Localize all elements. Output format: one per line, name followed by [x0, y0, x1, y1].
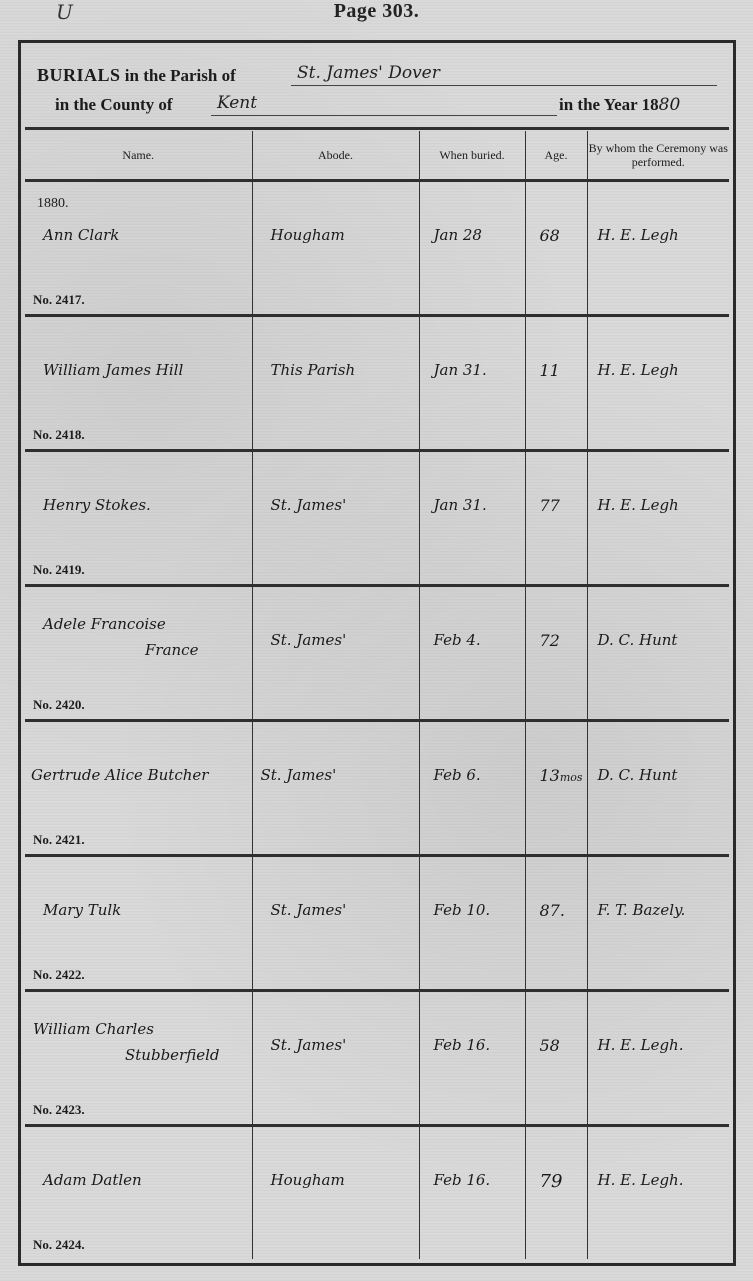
deceased-name: Adele Francoise: [43, 615, 166, 633]
burial-date: Jan 31.: [434, 496, 487, 514]
age-cell: 87.: [525, 856, 587, 991]
age-value: 79: [540, 1171, 563, 1192]
age-number: 13: [540, 766, 560, 785]
age-cell: 77: [525, 451, 587, 586]
date-cell: Jan 31.: [419, 451, 525, 586]
deceased-name: Adam Datlen: [43, 1171, 142, 1189]
burial-date: Jan 28: [434, 226, 482, 244]
officiant-cell: D. C. Hunt: [587, 586, 729, 721]
officiant-value: H. E. Legh.: [598, 1171, 684, 1189]
header-row: Name. Abode. When buried. Age. By whom t…: [25, 131, 729, 181]
table-row: Henry Stokes. No. 2419. St. James' Jan 3…: [25, 451, 729, 586]
entry-number: No. 2420.: [33, 697, 85, 713]
name-cell: 1880. Ann Clark No. 2417.: [25, 181, 252, 316]
table-row: Adele Francoise France No. 2420. St. Jam…: [25, 586, 729, 721]
officiant-value: D. C. Hunt: [598, 766, 678, 784]
burial-date: Feb 16.: [434, 1171, 491, 1189]
burials-heading: BURIALS: [37, 65, 121, 85]
entry-number: No. 2421.: [33, 832, 85, 848]
abode-cell: St. James': [252, 586, 419, 721]
table-row: William James Hill No. 2418. This Parish…: [25, 316, 729, 451]
deceased-name-line-2: France: [145, 641, 198, 659]
age-value: 58: [540, 1036, 560, 1055]
officiant-value: H. E. Legh.: [598, 1036, 684, 1054]
county-label: in the County of: [55, 95, 173, 115]
name-cell: William Charles Stubberfield No. 2423.: [25, 991, 252, 1126]
age-value: 87.: [540, 901, 565, 920]
burial-date: Feb 6.: [434, 766, 481, 784]
name-cell: Mary Tulk No. 2422.: [25, 856, 252, 991]
deceased-name: Henry Stokes.: [43, 496, 151, 514]
age-value: 11: [540, 361, 560, 380]
entry-number: No. 2419.: [33, 562, 85, 578]
deceased-name: Gertrude Alice Butcher: [31, 766, 208, 784]
abode-cell: This Parish: [252, 316, 419, 451]
abode-value: Hougham: [271, 1171, 345, 1189]
date-cell: Feb 6.: [419, 721, 525, 856]
abode-value: St. James': [271, 631, 347, 649]
abode-cell: St. James': [252, 721, 419, 856]
year-prefix: in the Year 18: [559, 95, 659, 114]
parish-field: St. James' Dover: [291, 63, 717, 86]
abode-value: St. James': [261, 766, 337, 784]
burial-date: Feb 4.: [434, 631, 481, 649]
name-cell: William James Hill No. 2418.: [25, 316, 252, 451]
entry-number: No. 2422.: [33, 967, 85, 983]
table-row: William Charles Stubberfield No. 2423. S…: [25, 991, 729, 1126]
officiant-value: H. E. Legh: [598, 226, 679, 244]
table-row: 1880. Ann Clark No. 2417. Hougham Jan 28…: [25, 181, 729, 316]
county-field: Kent: [211, 93, 557, 116]
page-number: Page 303.: [0, 0, 753, 23]
abode-cell: Hougham: [252, 181, 419, 316]
deceased-name-line-2: Stubberfield: [125, 1046, 220, 1064]
officiant-cell: F. T. Bazely.: [587, 856, 729, 991]
date-cell: Jan 31.: [419, 316, 525, 451]
column-header-abode: Abode.: [252, 131, 419, 181]
entry-number: No. 2423.: [33, 1102, 85, 1118]
register-year: 1880.: [37, 196, 69, 212]
column-header-age: Age.: [525, 131, 587, 181]
table-row: Mary Tulk No. 2422. St. James' Feb 10. 8…: [25, 856, 729, 991]
register-title: BURIALS in the Parish of St. James' Dove…: [21, 43, 733, 129]
abode-value: Hougham: [271, 226, 345, 244]
age-cell: 68: [525, 181, 587, 316]
officiant-cell: H. E. Legh: [587, 181, 729, 316]
burial-date: Jan 31.: [434, 361, 487, 379]
parish-label: in the Parish of: [121, 66, 236, 85]
entry-number: No. 2418.: [33, 427, 85, 443]
entry-number: No. 2417.: [33, 292, 85, 308]
date-cell: Jan 28: [419, 181, 525, 316]
column-header-when-buried: When buried.: [419, 131, 525, 181]
date-cell: Feb 16.: [419, 991, 525, 1126]
abode-cell: St. James': [252, 991, 419, 1126]
deceased-name: William James Hill: [43, 361, 183, 379]
date-cell: Feb 10.: [419, 856, 525, 991]
name-cell: Adam Datlen No. 2424.: [25, 1126, 252, 1260]
table-row: Adam Datlen No. 2424. Hougham Feb 16. 79…: [25, 1126, 729, 1260]
deceased-name: William Charles: [33, 1020, 154, 1038]
name-cell: Henry Stokes. No. 2419.: [25, 451, 252, 586]
date-cell: Feb 16.: [419, 1126, 525, 1260]
abode-cell: Hougham: [252, 1126, 419, 1260]
age-value: 77: [540, 496, 560, 515]
age-unit: mos: [560, 771, 583, 784]
age-value: 72: [540, 631, 560, 650]
age-cell: 11: [525, 316, 587, 451]
officiant-cell: H. E. Legh: [587, 316, 729, 451]
register-frame: BURIALS in the Parish of St. James' Dove…: [18, 40, 736, 1266]
age-cell: 79: [525, 1126, 587, 1260]
age-value: 68: [540, 226, 560, 245]
officiant-value: D. C. Hunt: [598, 631, 678, 649]
column-header-name: Name.: [25, 131, 252, 181]
table-row: Gertrude Alice Butcher No. 2421. St. Jam…: [25, 721, 729, 856]
abode-value: St. James': [271, 496, 347, 514]
burial-date: Feb 10.: [434, 901, 491, 919]
column-header-officiant: By whom the Ceremony was performed.: [587, 131, 729, 181]
abode-cell: St. James': [252, 451, 419, 586]
name-cell: Adele Francoise France No. 2420.: [25, 586, 252, 721]
abode-value: St. James': [271, 1036, 347, 1054]
age-cell: 13mos: [525, 721, 587, 856]
age-value: 13mos: [540, 766, 583, 785]
age-cell: 58: [525, 991, 587, 1126]
burial-date: Feb 16.: [434, 1036, 491, 1054]
officiant-cell: D. C. Hunt: [587, 721, 729, 856]
title-divider: [25, 127, 729, 130]
officiant-cell: H. E. Legh.: [587, 1126, 729, 1260]
entry-number: No. 2424.: [33, 1237, 85, 1253]
officiant-cell: H. E. Legh.: [587, 991, 729, 1126]
name-cell: Gertrude Alice Butcher No. 2421.: [25, 721, 252, 856]
year-label: in the Year 1880: [559, 95, 680, 115]
burial-register-table: Name. Abode. When buried. Age. By whom t…: [25, 131, 729, 1259]
deceased-name: Ann Clark: [43, 226, 119, 244]
abode-value: St. James': [271, 901, 347, 919]
officiant-value: F. T. Bazely.: [598, 901, 686, 919]
abode-value: This Parish: [271, 361, 356, 379]
age-cell: 72: [525, 586, 587, 721]
title-line-1: BURIALS in the Parish of: [37, 65, 236, 86]
abode-cell: St. James': [252, 856, 419, 991]
deceased-name: Mary Tulk: [43, 901, 121, 919]
officiant-value: H. E. Legh: [598, 361, 679, 379]
officiant-value: H. E. Legh: [598, 496, 679, 514]
officiant-cell: H. E. Legh: [587, 451, 729, 586]
date-cell: Feb 4.: [419, 586, 525, 721]
year-field: 80: [659, 95, 681, 115]
